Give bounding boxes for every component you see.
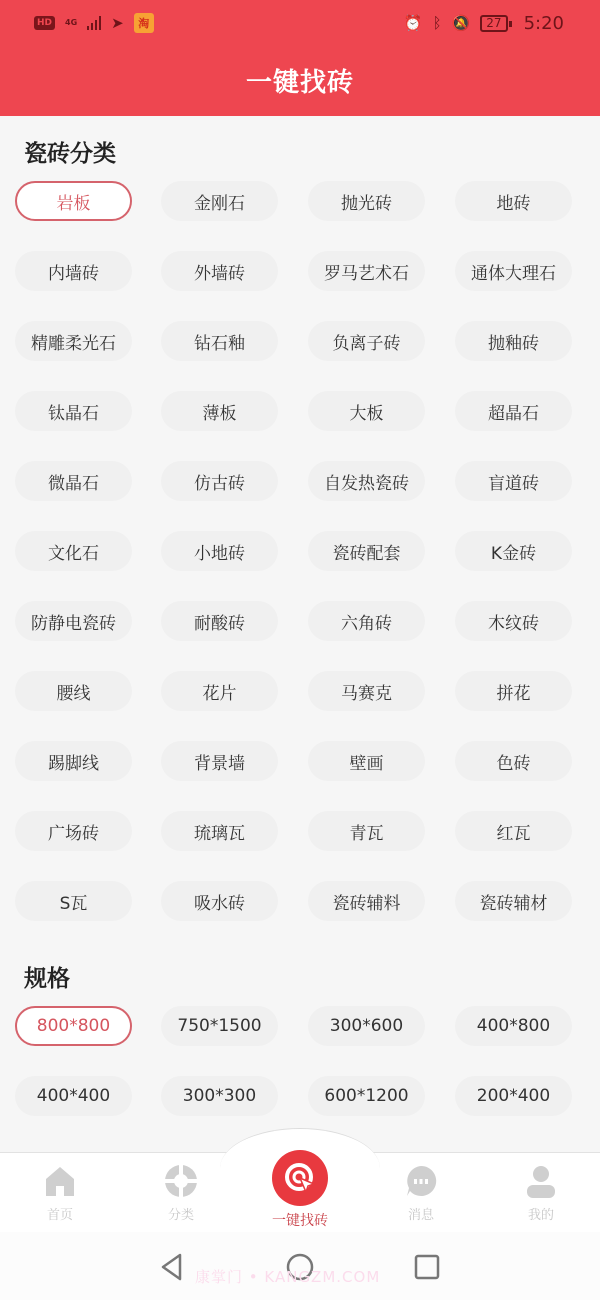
tab-messages[interactable]: 消息 bbox=[381, 1164, 461, 1223]
spec-chip[interactable]: 800*800 bbox=[15, 1006, 132, 1046]
category-section-title: 瓷砖分类 bbox=[24, 135, 116, 168]
category-chip[interactable]: 背景墙 bbox=[161, 741, 278, 781]
category-chip[interactable]: 踢脚线 bbox=[15, 741, 132, 781]
tab-label: 分类 bbox=[168, 1204, 194, 1223]
category-chip[interactable]: 小地砖 bbox=[161, 531, 278, 571]
category-chip[interactable]: 仿古砖 bbox=[161, 461, 278, 501]
category-chip[interactable]: 红瓦 bbox=[455, 811, 572, 851]
watermark: 康掌门 • KANGZM.COM bbox=[195, 1266, 380, 1287]
alarm-icon: ⏰ bbox=[404, 14, 423, 32]
category-chip[interactable]: 大板 bbox=[308, 391, 425, 431]
back-nav-icon[interactable] bbox=[158, 1252, 186, 1282]
network-label: 4G bbox=[65, 19, 77, 27]
spec-chip[interactable]: 300*600 bbox=[308, 1006, 425, 1046]
category-icon bbox=[164, 1164, 198, 1198]
category-chip[interactable]: 色砖 bbox=[455, 741, 572, 781]
tab-label: 一键找砖 bbox=[272, 1210, 328, 1230]
tab-label: 消息 bbox=[408, 1204, 434, 1223]
category-chip[interactable]: 耐酸砖 bbox=[161, 601, 278, 641]
category-chip[interactable]: 腰线 bbox=[15, 671, 132, 711]
category-chip[interactable]: 自发热瓷砖 bbox=[308, 461, 425, 501]
category-chip[interactable]: 抛光砖 bbox=[308, 181, 425, 221]
category-chip[interactable]: 钻石釉 bbox=[161, 321, 278, 361]
category-chip[interactable]: 壁画 bbox=[308, 741, 425, 781]
bluetooth-icon: ᛒ bbox=[433, 14, 442, 32]
clock: 5:20 bbox=[524, 13, 564, 34]
category-chip[interactable]: 花片 bbox=[161, 671, 278, 711]
app-header: HD 4G ➤ 淘 ⏰ ᛒ 🔕 27 5:20 一键找砖 bbox=[0, 0, 600, 116]
location-icon: ➤ bbox=[111, 14, 124, 32]
category-chip[interactable]: K金砖 bbox=[455, 531, 572, 571]
category-chip[interactable]: 金刚石 bbox=[161, 181, 278, 221]
tab-profile[interactable]: 我的 bbox=[501, 1164, 581, 1223]
category-chip[interactable]: 内墙砖 bbox=[15, 251, 132, 291]
category-chip[interactable]: 马赛克 bbox=[308, 671, 425, 711]
category-chip[interactable]: 盲道砖 bbox=[455, 461, 572, 501]
category-chip[interactable]: 瓷砖配套 bbox=[308, 531, 425, 571]
category-chip[interactable]: 地砖 bbox=[455, 181, 572, 221]
hd-icon: HD bbox=[34, 16, 55, 30]
category-chip[interactable]: 通体大理石 bbox=[455, 251, 572, 291]
page-title: 一键找砖 bbox=[0, 62, 600, 99]
spec-chip[interactable]: 750*1500 bbox=[161, 1006, 278, 1046]
tab-label: 我的 bbox=[528, 1204, 554, 1223]
category-chip[interactable]: 防静电瓷砖 bbox=[15, 601, 132, 641]
message-icon bbox=[404, 1164, 438, 1198]
spec-chip[interactable]: 300*300 bbox=[161, 1076, 278, 1116]
spec-chip[interactable]: 400*400 bbox=[15, 1076, 132, 1116]
category-chip[interactable]: 广场砖 bbox=[15, 811, 132, 851]
home-icon bbox=[43, 1164, 77, 1198]
tab-label: 首页 bbox=[47, 1204, 73, 1223]
status-bar: HD 4G ➤ 淘 ⏰ ᛒ 🔕 27 5:20 bbox=[0, 0, 600, 46]
spec-section-title: 规格 bbox=[24, 960, 70, 993]
category-chip[interactable]: S瓦 bbox=[15, 881, 132, 921]
tab-find-tile[interactable]: 一键找砖 bbox=[260, 1150, 340, 1230]
category-chip[interactable]: 拼花 bbox=[455, 671, 572, 711]
spec-chip[interactable]: 600*1200 bbox=[308, 1076, 425, 1116]
category-chip[interactable]: 琉璃瓦 bbox=[161, 811, 278, 851]
category-chip[interactable]: 钛晶石 bbox=[15, 391, 132, 431]
battery-icon: 27 bbox=[480, 15, 507, 32]
signal-icon bbox=[87, 16, 101, 30]
user-icon bbox=[524, 1164, 558, 1198]
category-chip[interactable]: 精雕柔光石 bbox=[15, 321, 132, 361]
category-chip[interactable]: 青瓦 bbox=[308, 811, 425, 851]
mute-bell-icon: 🔕 bbox=[452, 14, 471, 32]
category-chip[interactable]: 薄板 bbox=[161, 391, 278, 431]
category-chip[interactable]: 负离子砖 bbox=[308, 321, 425, 361]
taobao-app-icon: 淘 bbox=[134, 13, 154, 33]
category-chip[interactable]: 六角砖 bbox=[308, 601, 425, 641]
category-chip[interactable]: 罗马艺术石 bbox=[308, 251, 425, 291]
category-chip[interactable]: 外墙砖 bbox=[161, 251, 278, 291]
category-chip[interactable]: 微晶石 bbox=[15, 461, 132, 501]
system-nav-bar: 康掌门 • KANGZM.COM bbox=[0, 1232, 600, 1300]
spec-chip[interactable]: 400*800 bbox=[455, 1006, 572, 1046]
category-chip[interactable]: 岩板 bbox=[15, 181, 132, 221]
category-chip[interactable]: 瓷砖辅料 bbox=[308, 881, 425, 921]
category-chip[interactable]: 文化石 bbox=[15, 531, 132, 571]
category-chip[interactable]: 超晶石 bbox=[455, 391, 572, 431]
category-chip[interactable]: 木纹砖 bbox=[455, 601, 572, 641]
category-chip[interactable]: 吸水砖 bbox=[161, 881, 278, 921]
target-cursor-icon bbox=[272, 1150, 328, 1206]
spec-chip[interactable]: 200*400 bbox=[455, 1076, 572, 1116]
category-chip[interactable]: 抛釉砖 bbox=[455, 321, 572, 361]
tab-category[interactable]: 分类 bbox=[141, 1164, 221, 1223]
tab-home[interactable]: 首页 bbox=[20, 1164, 100, 1223]
category-chip[interactable]: 瓷砖辅材 bbox=[455, 881, 572, 921]
recents-nav-icon[interactable] bbox=[413, 1252, 441, 1282]
